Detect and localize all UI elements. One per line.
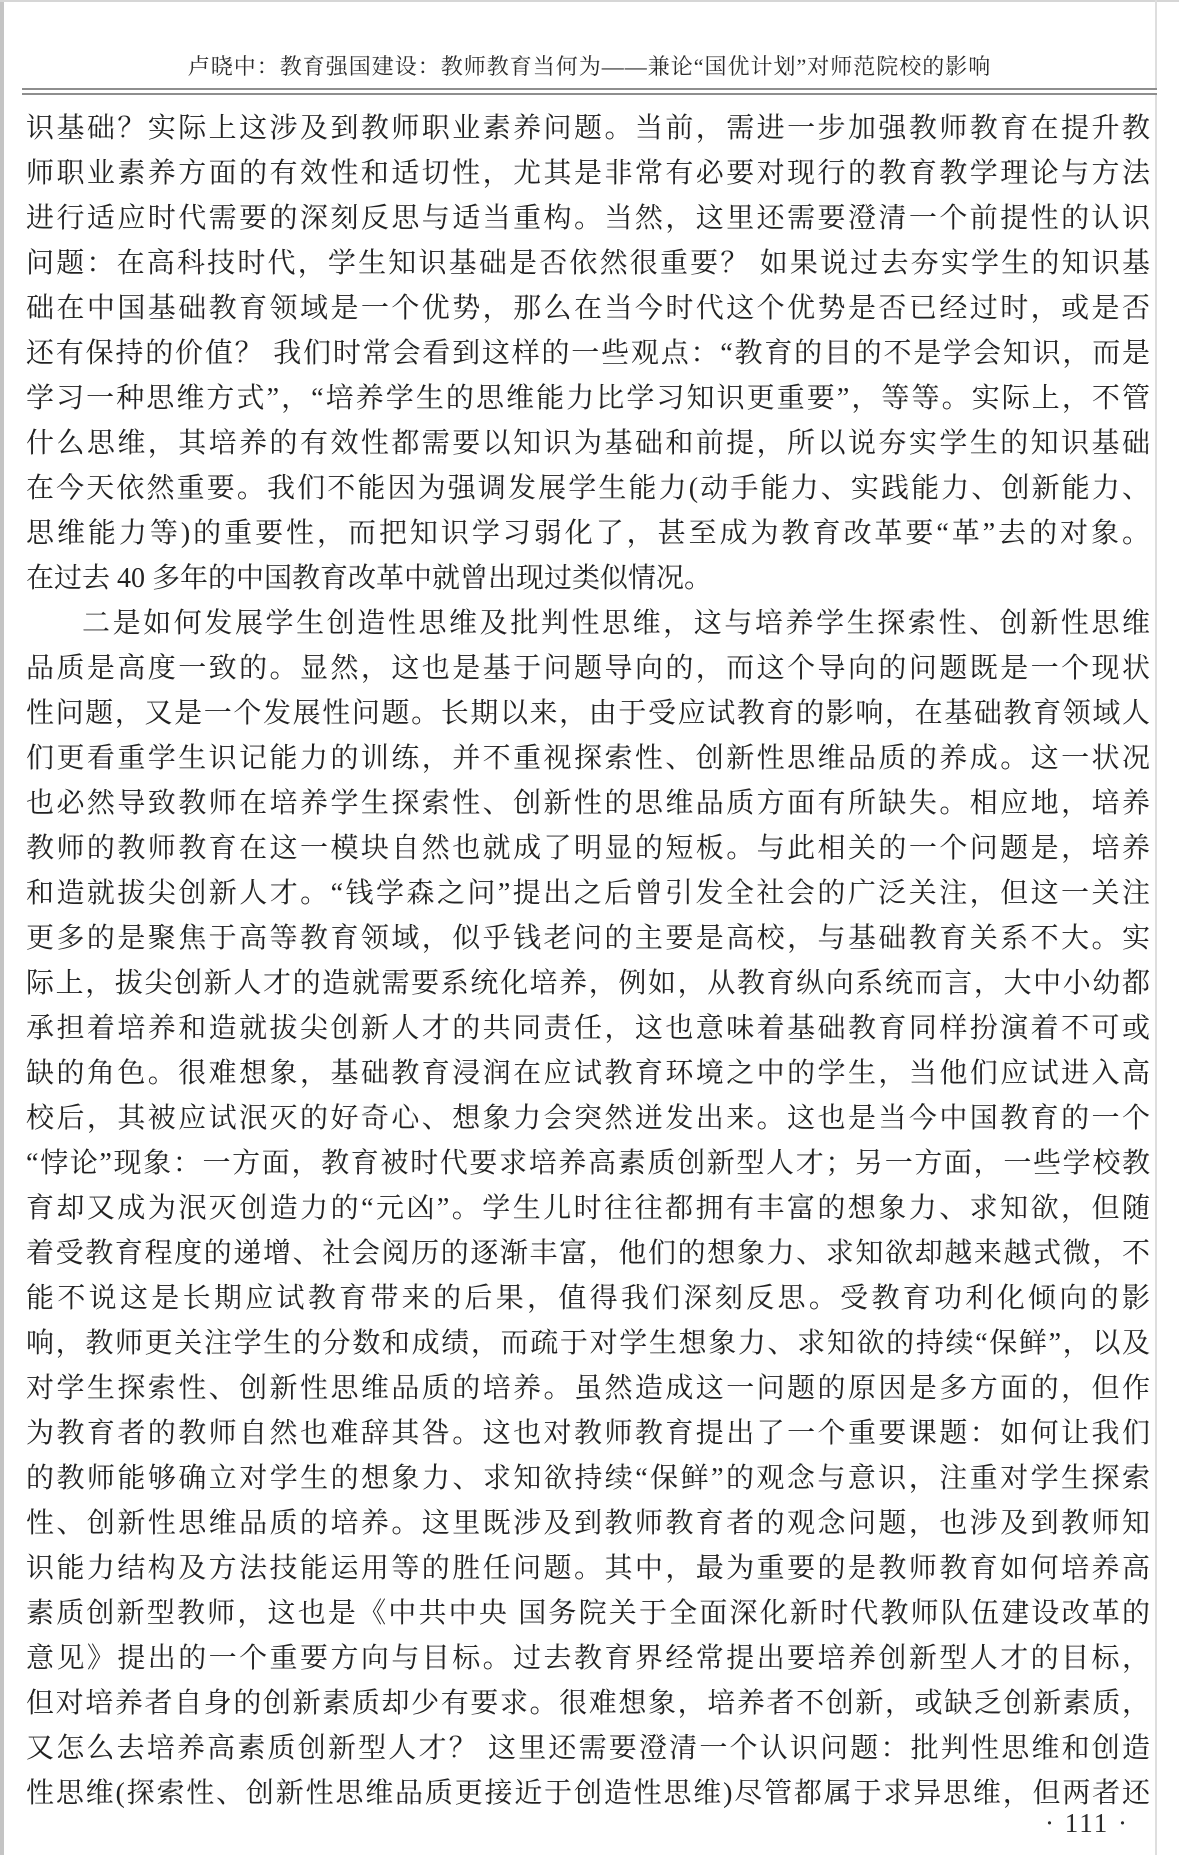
body-line: 教师的教师教育在这一模块自然也就成了明显的短板。与此相关的一个问题是，培养 bbox=[26, 826, 1150, 871]
scan-edge-left bbox=[0, 0, 4, 1855]
body-line: 校后，其被应试泯灭的好奇心、想象力会突然迸发出来。这也是当今中国教育的一个 bbox=[26, 1096, 1150, 1141]
body-line: 识能力结构及方法技能运用等的胜任问题。其中，最为重要的是教师教育如何培养高 bbox=[26, 1546, 1150, 1591]
body-line: 们更看重学生识记能力的训练，并不重视探索性、创新性思维品质的养成。这一状况 bbox=[26, 736, 1150, 781]
scan-edge-top bbox=[0, 0, 1179, 2]
body-line: 性、创新性思维品质的培养。这里既涉及到教师教育者的观念问题，也涉及到教师知 bbox=[26, 1501, 1150, 1546]
page-number: · 111 · bbox=[1045, 1808, 1129, 1839]
body-line: 为教育者的教师自然也难辞其咎。这也对教师教育提出了一个重要课题：如何让我们 bbox=[26, 1411, 1150, 1456]
body-line: 在今天依然重要。我们不能因为强调发展学生能力(动手能力、实践能力、创新能力、 bbox=[26, 466, 1150, 511]
body-line: 缺的角色。很难想象，基础教育浸润在应试教育环境之中的学生，当他们应试进入高 bbox=[26, 1051, 1150, 1096]
body-line: 更多的是聚焦于高等教育领域，似乎钱老问的主要是高校，与基础教育关系不大。实 bbox=[26, 916, 1150, 961]
body-line: 际上，拔尖创新人才的造就需要系统化培养，例如，从教育纵向系统而言，大中小幼都 bbox=[26, 961, 1150, 1006]
body-line: “悖论”现象：一方面，教育被时代要求培养高素质创新型人才；另一方面，一些学校教 bbox=[26, 1141, 1150, 1186]
body-line: 思维能力等)的重要性，而把知识学习弱化了，甚至成为教育改革要“革”去的对象。 bbox=[26, 511, 1150, 556]
body-line: 学习一种思维方式”，“培养学生的思维能力比学习知识更重要”，等等。实际上，不管 bbox=[26, 376, 1150, 421]
body-line: 什么思维，其培养的有效性都需要以知识为基础和前提，所以说夯实学生的知识基础 bbox=[26, 421, 1150, 466]
body-line: 着受教育程度的递增、社会阅历的逐渐丰富，他们的想象力、求知欲却越来越式微，不 bbox=[26, 1231, 1150, 1276]
body-line: 识基础？实际上这涉及到教师职业素养问题。当前，需进一步加强教师教育在提升教 bbox=[26, 106, 1150, 151]
body-line: 和造就拔尖创新人才。“钱学森之问”提出之后曾引发全社会的广泛关注，但这一关注 bbox=[26, 871, 1150, 916]
body-line: 能不说这是长期应试教育带来的后果，值得我们深刻反思。受教育功利化倾向的影 bbox=[26, 1276, 1150, 1321]
body-line: 响，教师更关注学生的分数和成绩，而疏于对学生想象力、求知欲的持续“保鲜”，以及 bbox=[26, 1321, 1150, 1366]
body-line: 进行适应时代需要的深刻反思与适当重构。当然，这里还需要澄清一个前提性的认识 bbox=[26, 196, 1150, 241]
body-line: 也必然导致教师在培养学生探索性、创新性的思维品质方面有所缺失。相应地，培养 bbox=[26, 781, 1150, 826]
body-line: 性思维(探索性、创新性思维品质更接近于创造性思维)尽管都属于求异思维，但两者还 bbox=[26, 1771, 1150, 1816]
header-double-rule bbox=[22, 88, 1157, 95]
body-line: 又怎么去培养高素质创新型人才？ 这里还需要澄清一个认识问题：批判性思维和创造 bbox=[26, 1726, 1150, 1771]
body-line: 素质创新型教师，这也是《中共中央 国务院关于全面深化新时代教师队伍建设改革的 bbox=[26, 1591, 1150, 1636]
body-line: 础在中国基础教育领域是一个优势，那么在当今时代这个优势是否已经过时，或是否 bbox=[26, 286, 1150, 331]
body-line: 问题：在高科技时代，学生知识基础是否依然很重要？ 如果说过去夯实学生的知识基 bbox=[26, 241, 1150, 286]
body-line: 育却又成为泯灭创造力的“元凶”。学生儿时往往都拥有丰富的想象力、求知欲，但随 bbox=[26, 1186, 1150, 1231]
body-line: 性问题，又是一个发展性问题。长期以来，由于受应试教育的影响，在基础教育领域人 bbox=[26, 691, 1150, 736]
body-line: 在过去 40 多年的中国教育改革中就曾出现过类似情况。 bbox=[26, 556, 1150, 601]
running-head-title: 卢晓中：教育强国建设：教师教育当何为——兼论“国优计划”对师范院校的影响 bbox=[0, 50, 1179, 81]
paper-page: 卢晓中：教育强国建设：教师教育当何为——兼论“国优计划”对师范院校的影响 识基础… bbox=[0, 0, 1179, 1855]
body-line: 承担着培养和造就拔尖创新人才的共同责任，这也意味着基础教育同样扮演着不可或 bbox=[26, 1006, 1150, 1051]
body-line: 对学生探索性、创新性思维品质的培养。虽然造成这一问题的原因是多方面的，但作 bbox=[26, 1366, 1150, 1411]
body-line: 师职业素养方面的有效性和适切性，尤其是非常有必要对现行的教育教学理论与方法 bbox=[26, 151, 1150, 196]
body-line: 品质是高度一致的。显然，这也是基于问题导向的，而这个导向的问题既是一个现状 bbox=[26, 646, 1150, 691]
body-line: 的教师能够确立对学生的想象力、求知欲持续“保鲜”的观念与意识，注重对学生探索 bbox=[26, 1456, 1150, 1501]
body-line: 二是如何发展学生创造性思维及批判性思维，这与培养学生探索性、创新性思维 bbox=[26, 601, 1150, 646]
body-line: 还有保持的价值？ 我们时常会看到这样的一些观点：“教育的目的不是学会知识，而是 bbox=[26, 331, 1150, 376]
scan-crease-right bbox=[1155, 0, 1157, 1855]
article-body: 识基础？实际上这涉及到教师职业素养问题。当前，需进一步加强教师教育在提升教师职业… bbox=[26, 106, 1150, 1816]
body-line: 但对培养者自身的创新素质却少有要求。很难想象，培养者不创新，或缺乏创新素质， bbox=[26, 1681, 1150, 1726]
body-line: 意见》提出的一个重要方向与目标。过去教育界经常提出要培养创新型人才的目标， bbox=[26, 1636, 1150, 1681]
